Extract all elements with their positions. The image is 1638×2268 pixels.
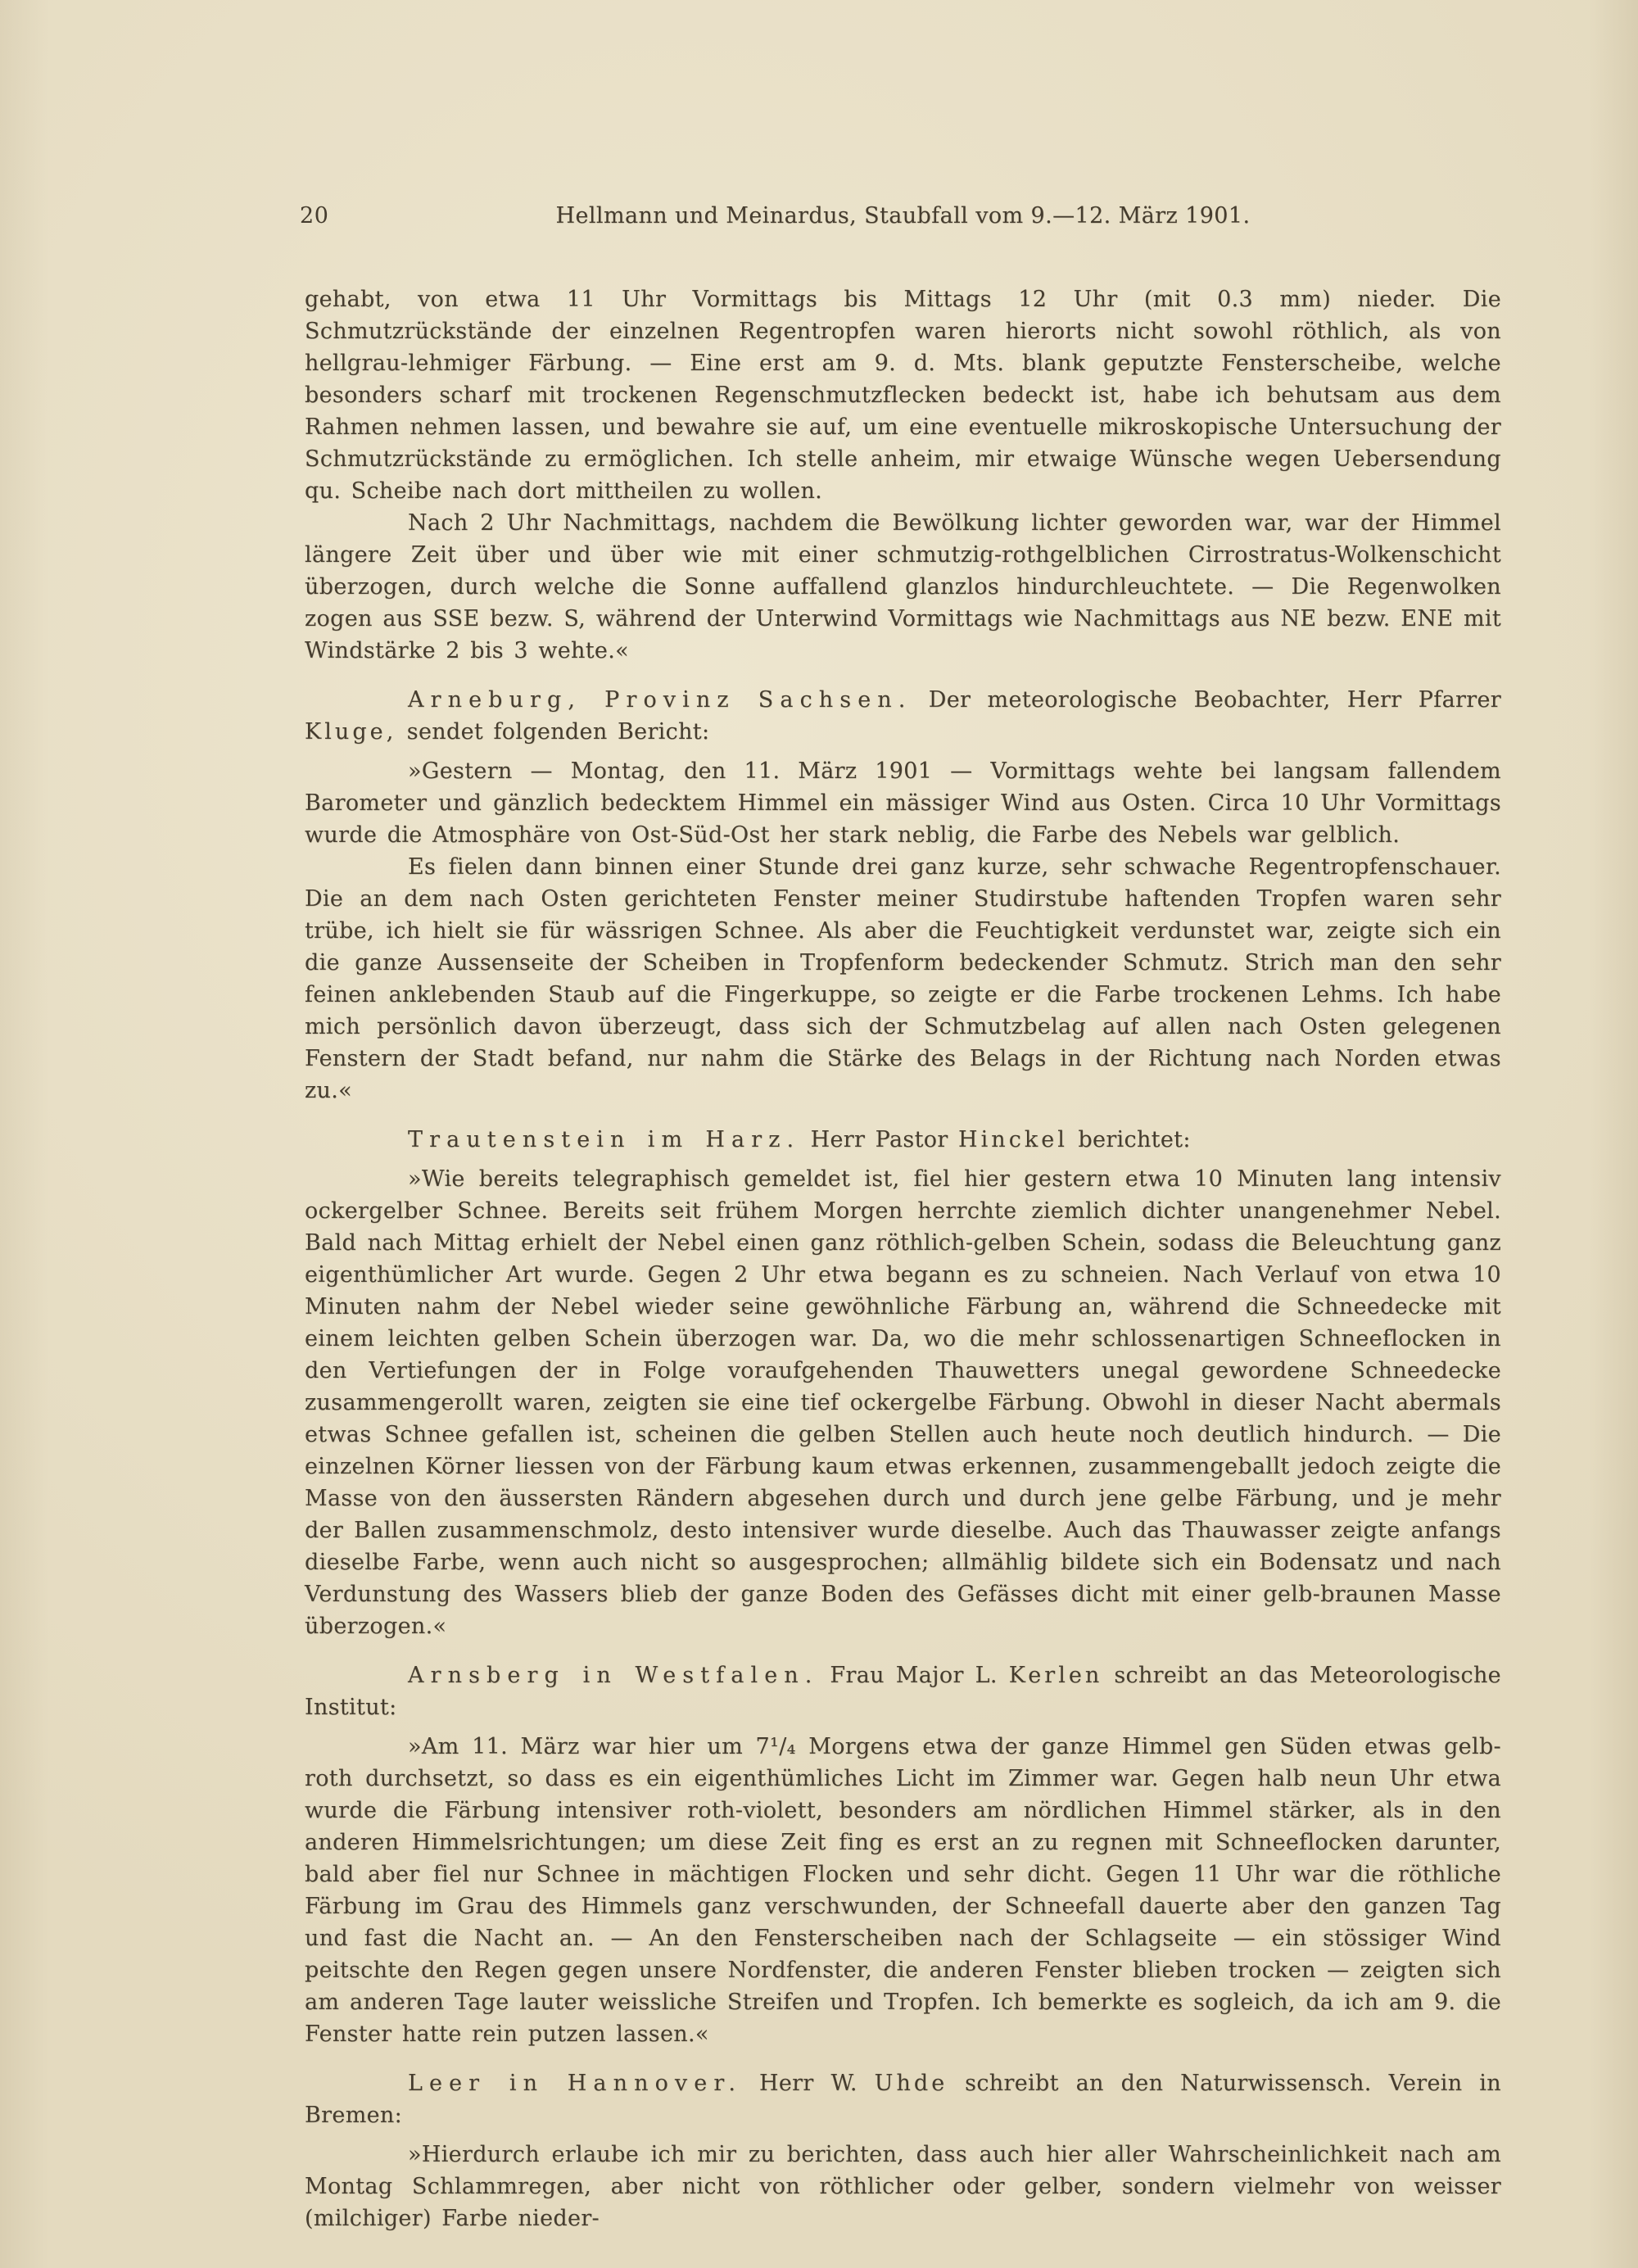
person-name: Hinckel: [958, 1127, 1068, 1152]
scanned-book-page: 20 Hellmann und Meinardus, Staubfall vom…: [0, 0, 1638, 2268]
heading-text: Herr Pastor: [800, 1127, 958, 1152]
section-heading: Arnsberg in Westfalen. Frau Major L. Ker…: [305, 1659, 1501, 1723]
text-body: gehabt, von etwa 11 Uhr Vormittags bis M…: [305, 283, 1501, 2234]
report-paragraph: »Hierdurch erlaube ich mir zu berichten,…: [305, 2139, 1501, 2234]
report-paragraph: »Wie bereits telegraphisch gemeldet ist,…: [305, 1163, 1501, 1642]
place-name: Arneburg, Provinz Sachsen.: [408, 687, 912, 713]
report-section-arneburg: Arneburg, Provinz Sachsen. Der meteorolo…: [305, 684, 1501, 1107]
report-section-trautenstein: Trautenstein im Harz. Herr Pastor Hincke…: [305, 1124, 1501, 1642]
section-heading: Trautenstein im Harz. Herr Pastor Hincke…: [305, 1124, 1501, 1156]
heading-text: sendet folgenden Bericht:: [396, 719, 709, 745]
report-section-leer: Leer in Hannover. Herr W. Uhde schreibt …: [305, 2067, 1501, 2234]
running-title: Hellmann und Meinardus, Staubfall vom 9.…: [305, 203, 1501, 229]
person-name: Uhde: [875, 2071, 948, 2096]
section-heading: Leer in Hannover. Herr W. Uhde schreibt …: [305, 2067, 1501, 2131]
page-header: 20 Hellmann und Meinardus, Staubfall vom…: [305, 203, 1501, 236]
place-name: Leer in Hannover.: [408, 2071, 742, 2096]
report-paragraph: »Gestern — Montag, den 11. März 1901 — V…: [305, 755, 1501, 851]
body-paragraph: Nach 2 Uhr Nachmittags, nachdem die Bewö…: [305, 507, 1501, 667]
heading-text: Der meteorologische Beobachter, Herr Pfa…: [912, 687, 1501, 713]
person-name: Kluge,: [305, 719, 396, 745]
place-name: Trautenstein im Harz.: [408, 1127, 800, 1152]
continuation-paragraph: gehabt, von etwa 11 Uhr Vormittags bis M…: [305, 283, 1501, 507]
report-paragraph: »Am 11. März war hier um 7¹/₄ Morgens et…: [305, 1731, 1501, 2050]
heading-text: Frau Major L.: [818, 1663, 1008, 1688]
report-paragraph: Es fielen dann binnen einer Stunde drei …: [305, 851, 1501, 1107]
section-heading: Arneburg, Provinz Sachsen. Der meteorolo…: [305, 684, 1501, 748]
report-section-arnsberg: Arnsberg in Westfalen. Frau Major L. Ker…: [305, 1659, 1501, 2050]
heading-text: berichtet:: [1068, 1127, 1191, 1152]
heading-text: Herr W.: [742, 2071, 875, 2096]
person-name: Kerlen: [1009, 1663, 1103, 1688]
page-number: 20: [300, 203, 328, 229]
place-name: Arnsberg in Westfalen.: [408, 1663, 818, 1688]
